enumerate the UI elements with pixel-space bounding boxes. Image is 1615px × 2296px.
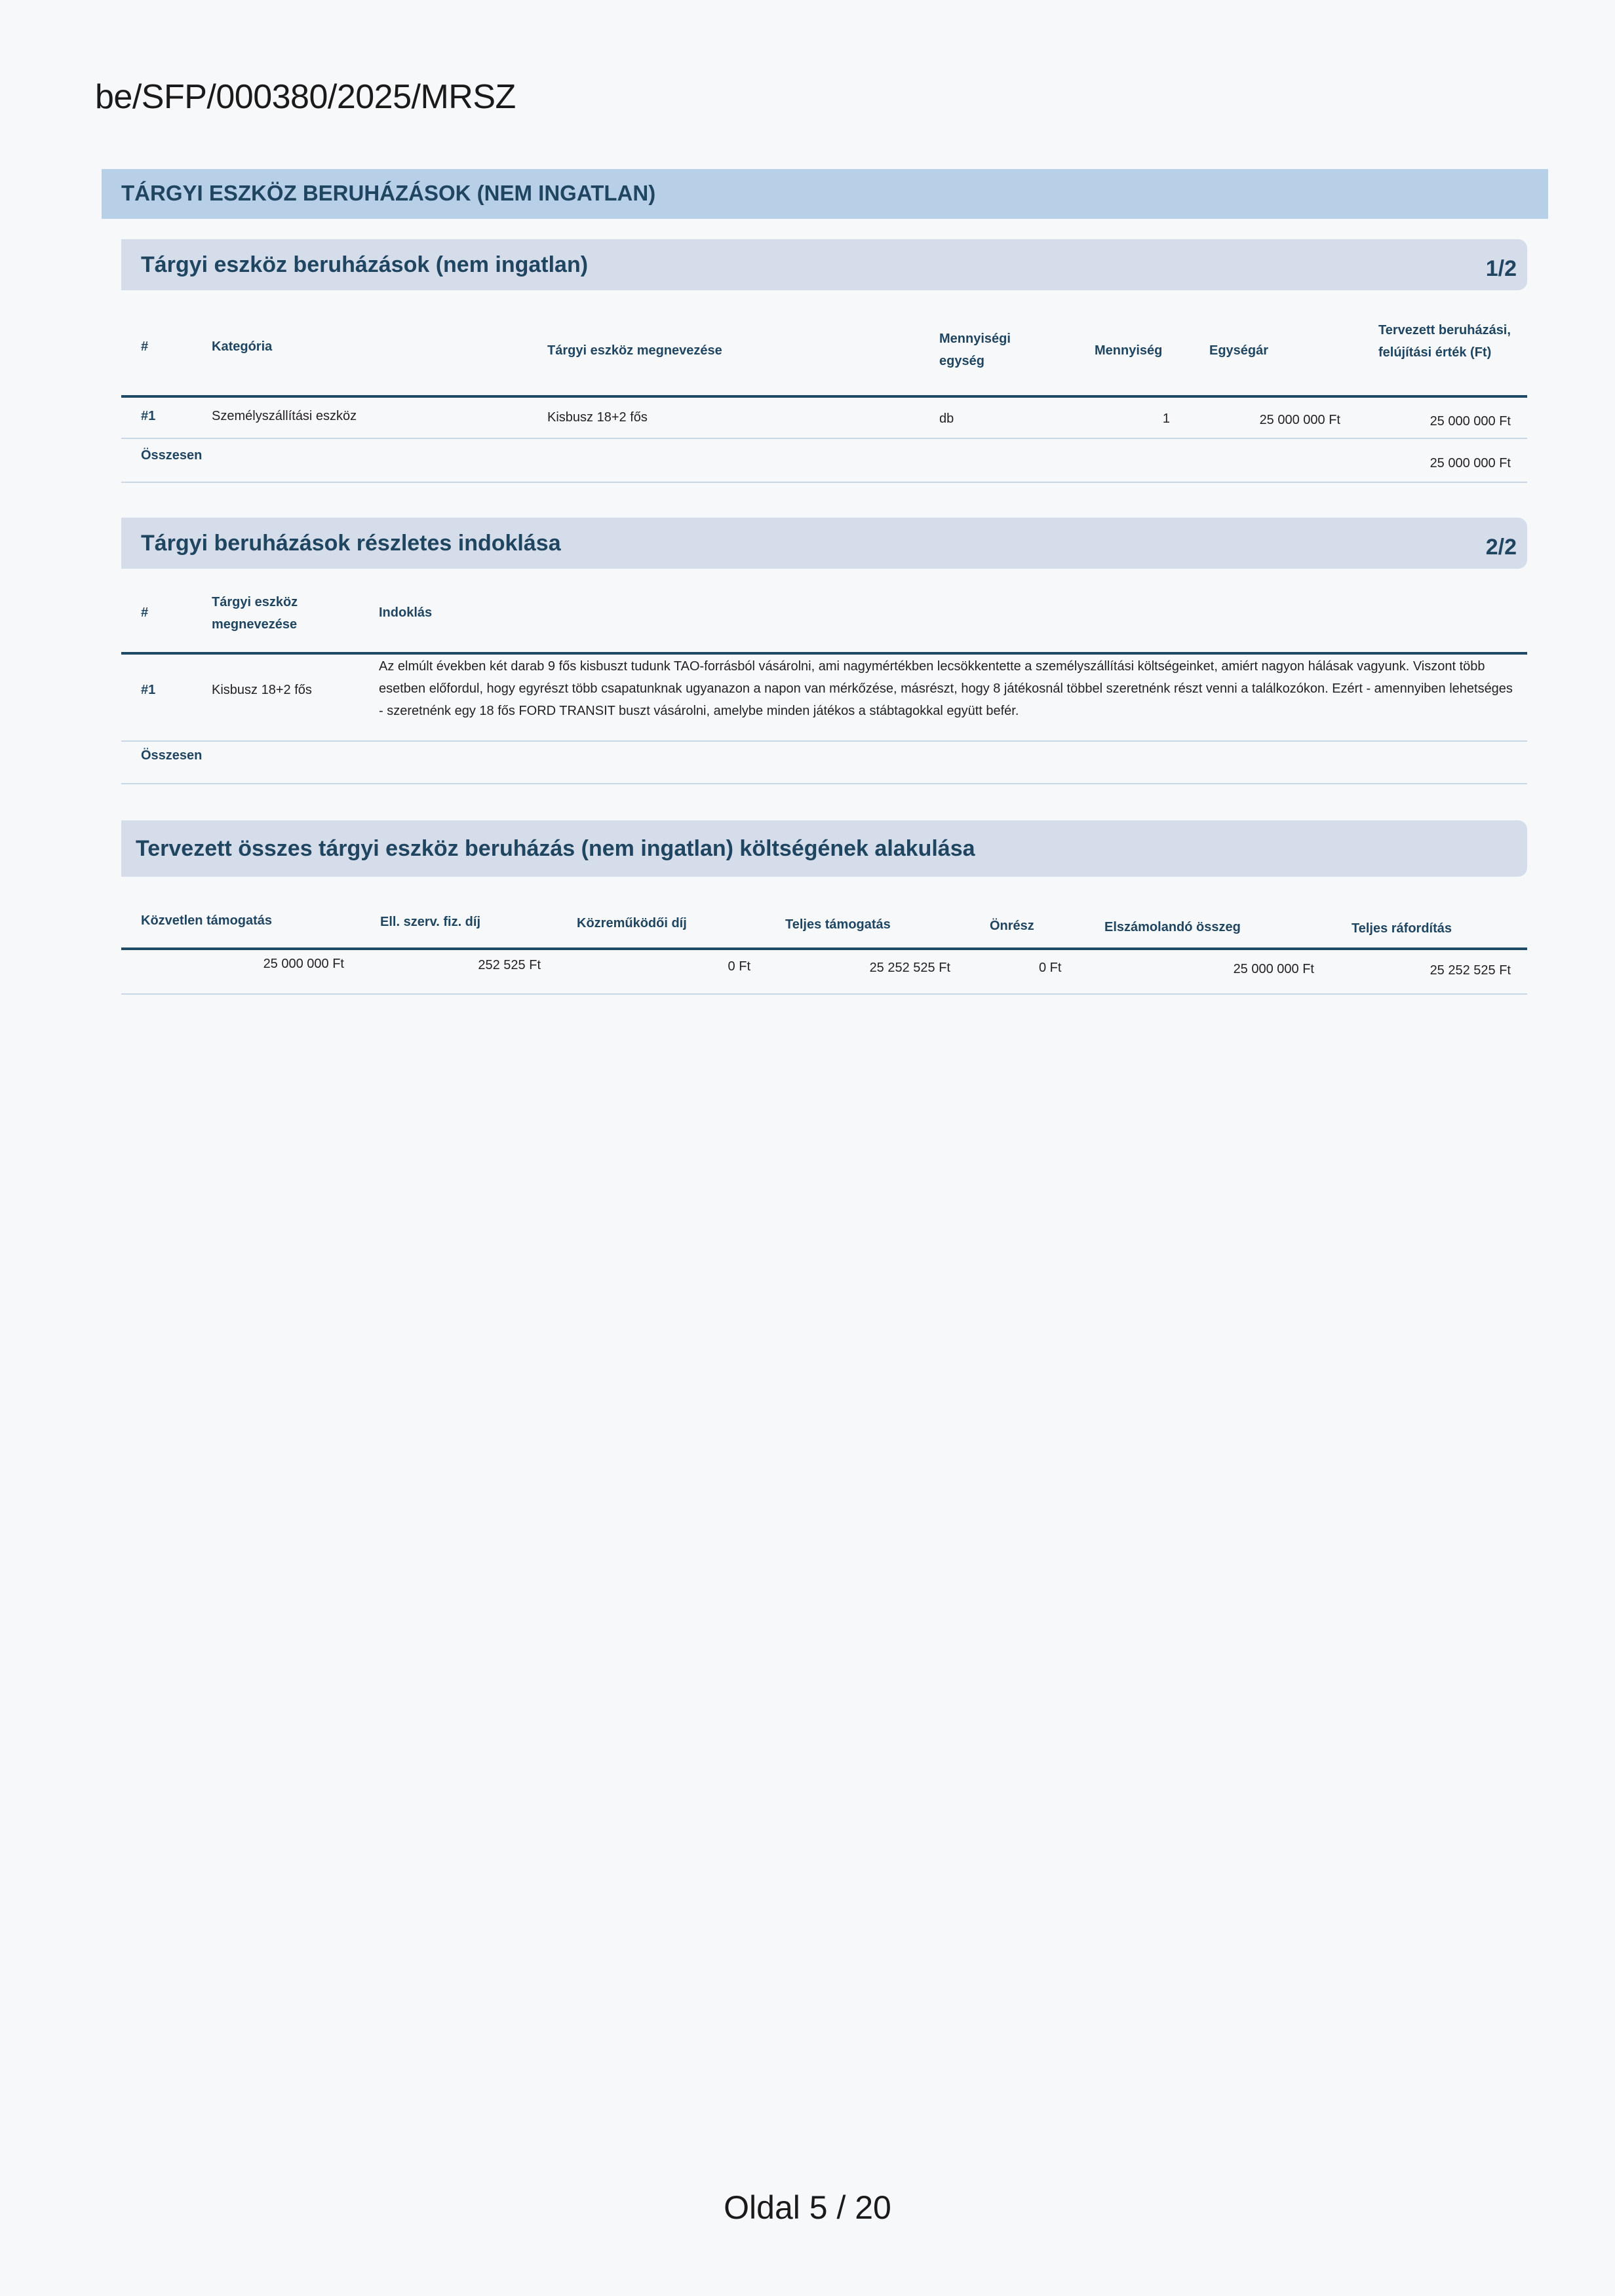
section-title: Tárgyi eszköz beruházások (nem ingatlan) xyxy=(141,252,588,278)
value-intermediary-fee: 0 Ft xyxy=(603,957,750,976)
row-asset-name: Kisbusz 18+2 fős xyxy=(212,680,312,700)
col-header-total-expense: Teljes ráfordítás xyxy=(1352,917,1452,940)
section-header-justification: Tárgyi beruházások részletes indoklása 2… xyxy=(121,518,1527,569)
section-header-cost-summary: Tervezett összes tárgyi eszköz beruházás… xyxy=(121,820,1527,877)
row-quantity: 1 xyxy=(1114,409,1170,429)
value-control-fee: 252 525 Ft xyxy=(393,955,541,975)
row-num: #1 xyxy=(141,406,155,426)
col-header-quantity: Mennyiség xyxy=(1095,339,1162,362)
row-divider xyxy=(121,482,1527,483)
col-header-category: Kategória xyxy=(212,335,272,358)
row-category: Személyszállítási eszköz xyxy=(212,406,357,426)
col-header-own-share: Önrész xyxy=(990,915,1034,937)
main-section-banner: TÁRGYI ESZKÖZ BERUHÁZÁSOK (NEM INGATLAN) xyxy=(102,169,1548,219)
section-header-assets: Tárgyi eszköz beruházások (nem ingatlan)… xyxy=(121,239,1527,290)
row-divider xyxy=(121,993,1527,995)
row-justification: Az elmúlt években két darab 9 fős kisbus… xyxy=(379,655,1519,722)
col-header-unit: Mennyiségi egység xyxy=(939,328,1044,372)
main-section-title: TÁRGYI ESZKÖZ BERUHÁZÁSOK (NEM INGATLAN) xyxy=(121,181,655,206)
col-header-direct-support: Közvetlen támogatás xyxy=(141,909,272,932)
row-divider xyxy=(121,783,1527,784)
row-asset-name: Kisbusz 18+2 fős xyxy=(547,408,648,427)
header-rule xyxy=(121,652,1527,655)
row-divider xyxy=(121,740,1527,742)
value-total-expense: 25 252 525 Ft xyxy=(1363,961,1511,980)
col-header-num: # xyxy=(141,602,148,624)
col-header-planned-value: Tervezett beruházási, felújítási érték (… xyxy=(1378,319,1523,364)
total-value: 25 000 000 Ft xyxy=(1363,453,1511,473)
row-planned-value: 25 000 000 Ft xyxy=(1363,411,1511,431)
row-unit-price: 25 000 000 Ft xyxy=(1193,410,1340,430)
row-divider xyxy=(121,438,1527,439)
section-pager: 2/2 xyxy=(1486,535,1517,560)
col-header-asset-name: Tárgyi eszköz megnevezése xyxy=(547,339,722,362)
value-direct-support: 25 000 000 Ft xyxy=(197,954,344,974)
col-header-asset-name: Tárgyi eszköz megnevezése xyxy=(212,591,317,636)
header-rule xyxy=(121,395,1527,398)
value-total-support: 25 252 525 Ft xyxy=(803,958,950,978)
total-label: Összesen xyxy=(141,446,202,465)
col-header-control-fee: Ell. szerv. fiz. díj xyxy=(380,911,480,933)
section-title: Tervezett összes tárgyi eszköz beruházás… xyxy=(136,836,975,862)
row-num: #1 xyxy=(141,680,155,700)
col-header-unit-price: Egységár xyxy=(1209,339,1268,362)
col-header-accountable: Elszámolandó összeg xyxy=(1104,916,1241,938)
value-accountable: 25 000 000 Ft xyxy=(1167,959,1314,979)
col-header-total-support: Teljes támogatás xyxy=(785,913,891,936)
section-title: Tárgyi beruházások részletes indoklása xyxy=(141,531,561,556)
section-pager: 1/2 xyxy=(1486,256,1517,282)
page-number: Oldal 5 / 20 xyxy=(0,2189,1615,2227)
header-rule xyxy=(121,947,1527,950)
col-header-intermediary-fee: Közreműködői díj xyxy=(577,912,687,934)
total-label: Összesen xyxy=(141,746,202,765)
row-unit: db xyxy=(939,409,954,429)
value-own-share: 0 Ft xyxy=(1039,958,1061,978)
document-reference: be/SFP/000380/2025/MRSZ xyxy=(95,77,516,117)
col-header-num: # xyxy=(141,335,148,358)
col-header-justification: Indoklás xyxy=(379,602,432,624)
